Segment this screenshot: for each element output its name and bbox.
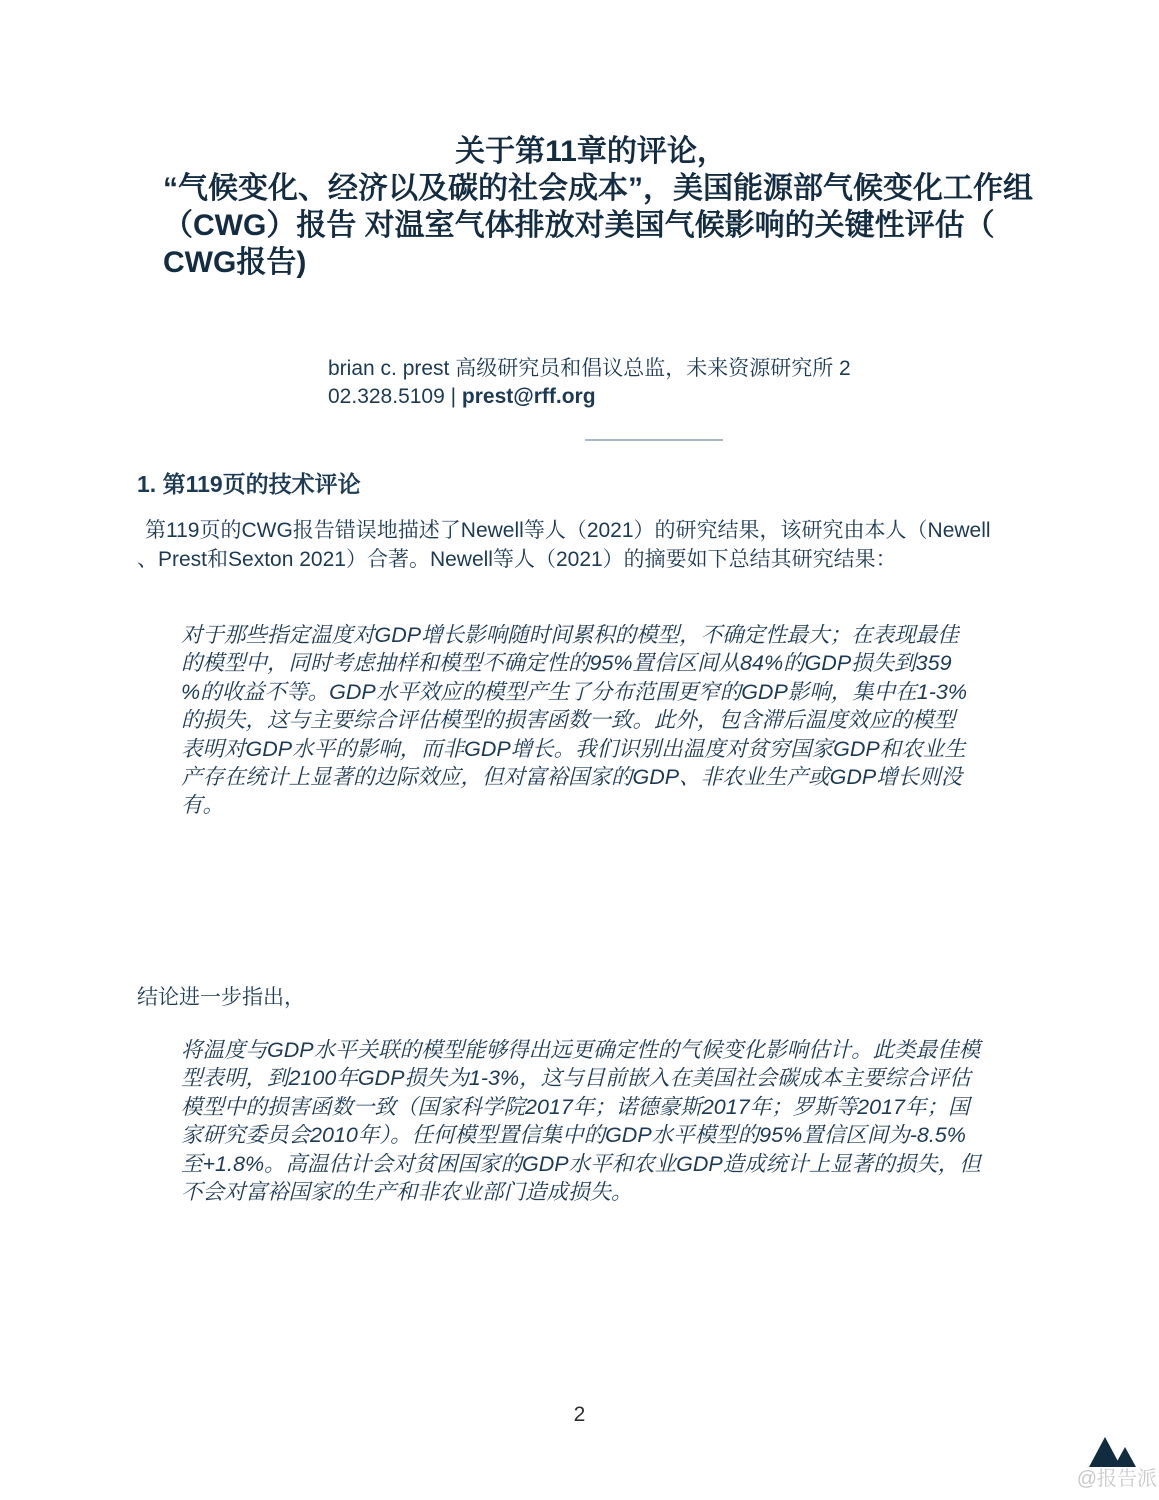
- page-number: 2: [0, 1403, 1159, 1427]
- intro-line: 第119页的CWG报告错误地描述了Newell等人（2021）的研究结果，该研究…: [137, 517, 991, 546]
- author-contact-line: 02.328.5109 | prest@rff.org: [328, 383, 851, 411]
- quote-line: 产存在统计上显著的边际效应，但对富裕国家的GDP、非农业生产或GDP增长则没: [181, 763, 967, 791]
- quote-line: 不会对富裕国家的生产和非农业部门造成损失。: [181, 1178, 981, 1206]
- quote-line: %的收益不等。GDP水平效应的模型产生了分布范围更窄的GDP影响，集中在1-3%: [181, 678, 967, 706]
- title-line-2: “气候变化、经济以及碳的社会成本”，美国能源部气候变化工作组: [163, 170, 1019, 207]
- watermark-handle: @报告派: [1063, 1468, 1159, 1490]
- quote-line: 有。: [181, 791, 967, 819]
- quote-line: 的模型中，同时考虑抽样和模型不确定性的95%置信区间从84%的GDP损失到359: [181, 649, 967, 677]
- section-divider: [585, 439, 723, 441]
- mountain-logo-icon: [1087, 1434, 1145, 1467]
- quote-line: 模型中的损害函数一致（国家科学院2017年；诺德豪斯2017年；罗斯等2017年…: [181, 1093, 981, 1121]
- quote-line: 的损失，这与主要综合评估模型的损害函数一致。此外，包含滞后温度效应的模型: [181, 706, 967, 734]
- intro-paragraph: 第119页的CWG报告错误地描述了Newell等人（2021）的研究结果，该研究…: [137, 517, 991, 574]
- brand-watermark: @报告派: [1063, 1434, 1159, 1490]
- document-page: 关于第11章的评论， “气候变化、经济以及碳的社会成本”，美国能源部气候变化工作…: [0, 0, 1159, 1500]
- quote-line: 家研究委员会2010年）。任何模型置信集中的GDP水平模型的95%置信区间为-8…: [181, 1121, 981, 1149]
- quote-line: 将温度与GDP水平关联的模型能够得出远更确定性的气候变化影响估计。此类最佳模: [181, 1036, 981, 1064]
- title-line-1: 关于第11章的评论，: [163, 133, 1019, 170]
- quote-line: 型表明，到2100年GDP损失为1-3%，这与目前嵌入在美国社会碳成本主要综合评…: [181, 1064, 981, 1092]
- title-line-4: CWG报告): [163, 244, 1019, 281]
- quote-line: 对于那些指定温度对GDP增长影响随时间累积的模型，不确定性最大；在表现最佳: [181, 621, 967, 649]
- title-line-3: （CWG）报告 对温室气体排放对美国气候影响的关键性评估（: [163, 207, 1019, 244]
- abstract-blockquote: 对于那些指定温度对GDP增长影响随时间累积的模型，不确定性最大；在表现最佳 的模…: [181, 621, 967, 820]
- author-phone: 02.328.5109 |: [328, 385, 462, 408]
- section-heading: 1. 第119页的技术评论: [137, 466, 361, 499]
- author-block: brian c. prest 高级研究员和倡议总监，未来资源研究所 2 02.3…: [328, 355, 851, 411]
- author-name-line: brian c. prest 高级研究员和倡议总监，未来资源研究所 2: [328, 355, 851, 383]
- quote-line: 表明对GDP水平的影响，而非GDP增长。我们识别出温度对贫穷国家GDP和农业生: [181, 735, 967, 763]
- author-email-link[interactable]: prest@rff.org: [462, 385, 596, 408]
- quote-line: 至+1.8%。高温估计会对贫困国家的GDP水平和农业GDP造成统计上显著的损失，…: [181, 1150, 981, 1178]
- intro-line: 、Prest和Sexton 2021）合著。Newell等人（2021）的摘要如…: [137, 546, 991, 575]
- conclusion-blockquote: 将温度与GDP水平关联的模型能够得出远更确定性的气候变化影响估计。此类最佳模 型…: [181, 1036, 981, 1206]
- transition-text: 结论进一步指出，: [137, 981, 305, 1011]
- document-title: 关于第11章的评论， “气候变化、经济以及碳的社会成本”，美国能源部气候变化工作…: [163, 133, 1019, 281]
